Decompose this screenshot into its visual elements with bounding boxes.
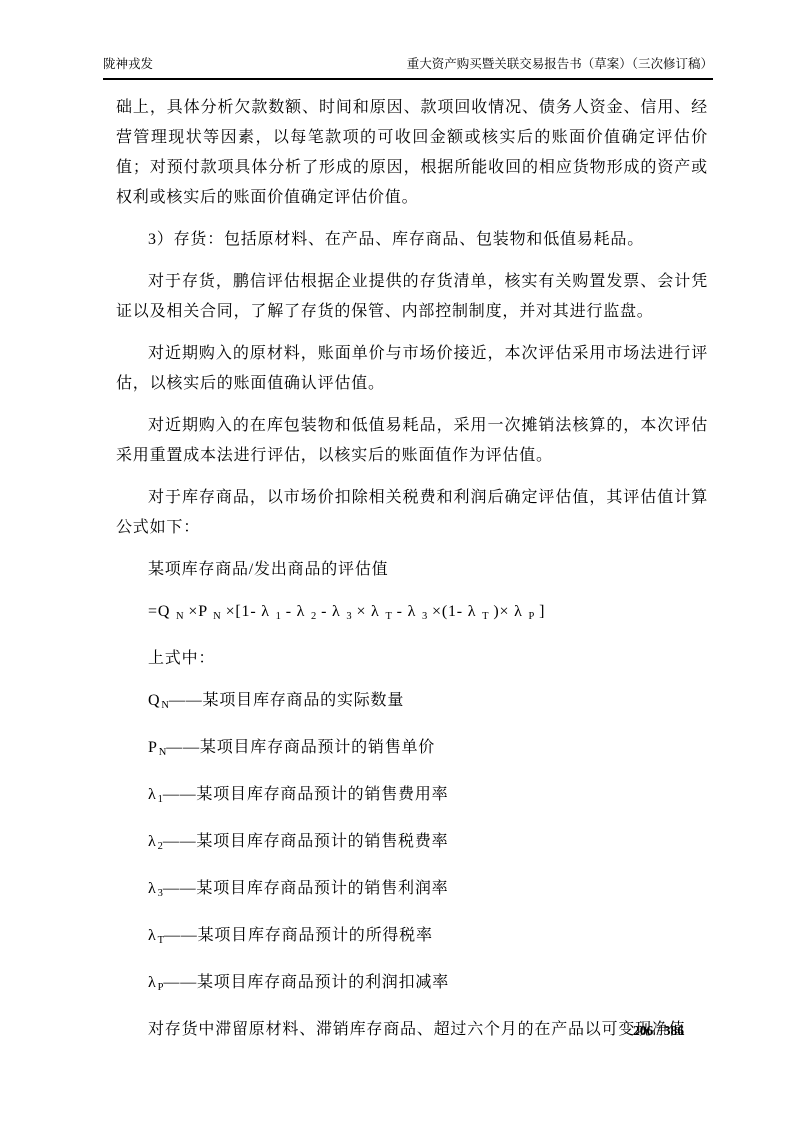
definition-symbol: λ [148,927,157,944]
document-body: 础上，具体分析欠款数额、时间和原因、款项回收情况、债务人资金、信用、经营管理现状… [116,93,708,1045]
formula-segment: N [213,611,221,622]
definition-description: ——某项目库存商品预计的所得税率 [164,927,433,944]
page-number: 206 / 386 [633,1023,684,1038]
formula-segment: P [528,611,534,622]
formula-segment: T [385,611,391,622]
formula-segment: ] [539,603,545,620]
formula-segment: - λ [286,603,306,620]
formula-line: =Q N ×P N ×[1- λ 1 - λ 2 - λ 3 × λ [116,597,708,632]
paragraph-inventory-heading: 3）存货：包括原材料、在产品、库存商品、包装物和低值易耗品。 [116,225,708,255]
definition-symbol: λ [148,974,157,991]
page-header: 陇神戎发 重大资产购买暨关联交易报告书（草案）（三次修订稿） [103,54,713,80]
definitions-list: QN——某项目库存商品的实际数量 PN——某项目库存商品预计的销售单价 λ1——… [116,686,708,1003]
definition-symbol: λ [148,786,157,803]
definition-description: ——某项目库存商品预计的销售单价 [166,739,435,756]
header-company-name: 陇神戎发 [103,54,153,72]
definition-description: ——某项目库存商品的实际数量 [169,692,404,709]
definition-line: λ1——某项目库存商品预计的销售费用率 [116,780,708,815]
formula-segment: T [482,611,488,622]
formula-segment: - λ [321,603,341,620]
definition-symbol: Q [148,692,160,709]
definition-description: ——某项目库存商品预计的销售费用率 [163,786,449,803]
formula-segment: × λ [356,603,379,620]
header-report-title: 重大资产购买暨关联交易报告书（草案）（三次修订稿） [407,54,713,72]
formula-segment: 3 [346,611,351,622]
formula-segment: - λ [397,603,417,620]
formula-segment: 3 [422,611,427,622]
definition-line: λT——某项目库存商品预计的所得税率 [116,921,708,956]
paragraph-goods-method: 对于库存商品，以市场价扣除相关税费和利润后确定评估值，其评估值计算公式如下： [116,483,708,543]
definition-symbol: P [148,739,158,756]
paragraph-inventory-check: 对于存货，鹏信评估根据企业提供的存货清单，核实有关购置发票、会计凭证以及相关合同… [116,267,708,327]
document-page: 陇神戎发 重大资产购买暨关联交易报告书（草案）（三次修订稿） 础上，具体分析欠款… [0,0,793,1122]
definition-subscript: N [161,700,169,711]
formula-segment: 1 [276,611,281,622]
formula-title: 某项库存商品/发出商品的评估值 [116,555,708,585]
paragraph-raw-materials: 对近期购入的原材料，账面单价与市场价接近，本次评估采用市场法进行评估，以核实后的… [116,339,708,399]
definition-line: λ3——某项目库存商品预计的销售利润率 [116,874,708,909]
definition-line: QN——某项目库存商品的实际数量 [116,686,708,721]
definition-description: ——某项目库存商品预计的销售利润率 [163,880,449,897]
definition-line: λ2——某项目库存商品预计的销售税费率 [116,827,708,862]
definition-symbol: λ [148,833,157,850]
formula-segment: N [176,611,184,622]
formula-segment: ×[1- λ [226,603,270,620]
definition-description: ——某项目库存商品预计的利润扣减率 [163,974,449,991]
formula-segment: ×P [188,603,207,620]
definition-description: ——某项目库存商品预计的销售税费率 [163,833,449,850]
formula-segment: )× λ [493,603,522,620]
paragraph-packaging: 对近期购入的在库包装物和低值易耗品，采用一次摊销法核算的，本次评估采用重置成本法… [116,411,708,471]
paragraph-continuation: 础上，具体分析欠款数额、时间和原因、款项回收情况、债务人资金、信用、经营管理现状… [116,93,708,213]
definition-line: λP——某项目库存商品预计的利润扣减率 [116,968,708,1003]
formula-segment: =Q [148,603,170,620]
formula-segment: ×(1- λ [432,603,476,620]
definition-line: PN——某项目库存商品预计的销售单价 [116,733,708,768]
page-footer: 206 / 386 [633,1023,684,1039]
formula-legend-label: 上式中： [116,644,708,674]
paragraph-last: 对存货中滞留原材料、滞销库存商品、超过六个月的在产品以可变现净值 [116,1015,708,1045]
formula-segment: 2 [311,611,316,622]
definition-symbol: λ [148,880,157,897]
